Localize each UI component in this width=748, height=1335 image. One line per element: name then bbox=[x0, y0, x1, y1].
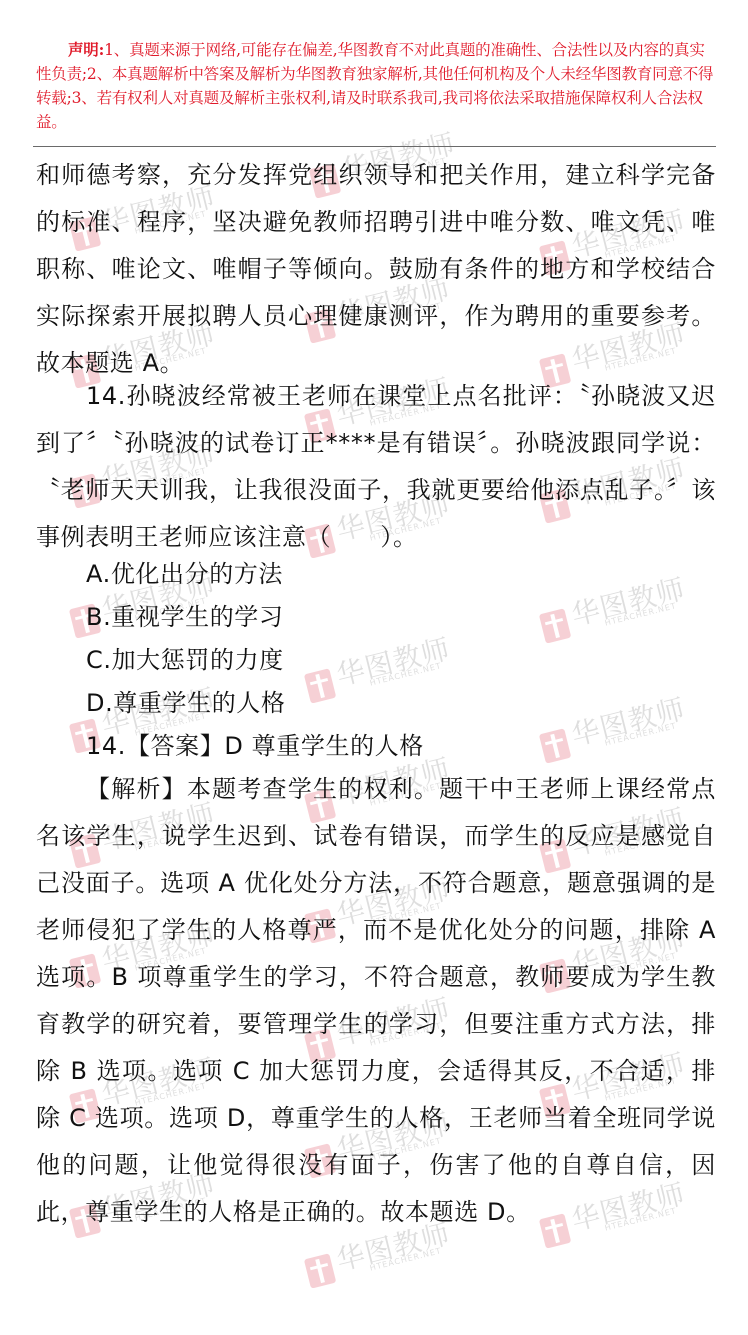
watermark: 华图教师HTEACHER.NET bbox=[535, 683, 695, 778]
disclaimer-text: 1、真题来源于网络,可能存在偏差,华图教育不对此真题的准确性、合法性以及内容的真… bbox=[36, 41, 713, 131]
option-d: D.尊重学生的人格 bbox=[86, 682, 424, 725]
huatu-logo-icon bbox=[539, 608, 571, 643]
option-b: B.重视学生的学习 bbox=[86, 596, 424, 639]
document-page: 华图教师HTEACHER.NET 华图教师HTEACHER.NET 华图教师HT… bbox=[0, 0, 748, 1335]
huatu-logo-icon bbox=[539, 728, 571, 763]
watermark: 华图教师HTEACHER.NET bbox=[535, 563, 695, 658]
huatu-logo-icon bbox=[304, 1253, 336, 1288]
analysis: 【解析】本题考查学生的权利。题干中王老师上课经常点名该学生，说学生迟到、试卷有错… bbox=[36, 766, 716, 1236]
disclaimer-label: 声明: bbox=[68, 40, 104, 59]
previous-answer-tail: 和师德考察，充分发挥党组织领导和把关作用，建立科学完备的标准、程序，坚决避免教师… bbox=[36, 152, 716, 387]
question-options: A.优化出分的方法 B.重视学生的学习 C.加大惩罚的力度 D.尊重学生的人格 … bbox=[86, 553, 424, 768]
disclaimer: 声明:1、真题来源于网络,可能存在偏差,华图教育不对此真题的准确性、合法性以及内… bbox=[36, 38, 716, 134]
question-stem: 14.孙晓波经常被王老师在课堂上点名批评：〝孙晓波又迟到了〞〝孙晓波的试卷订正*… bbox=[36, 373, 716, 561]
answer-line: 14.【答案】D 尊重学生的人格 bbox=[86, 725, 424, 768]
option-a: A.优化出分的方法 bbox=[86, 553, 424, 596]
option-c: C.加大惩罚的力度 bbox=[86, 639, 424, 682]
header-divider bbox=[33, 146, 716, 147]
